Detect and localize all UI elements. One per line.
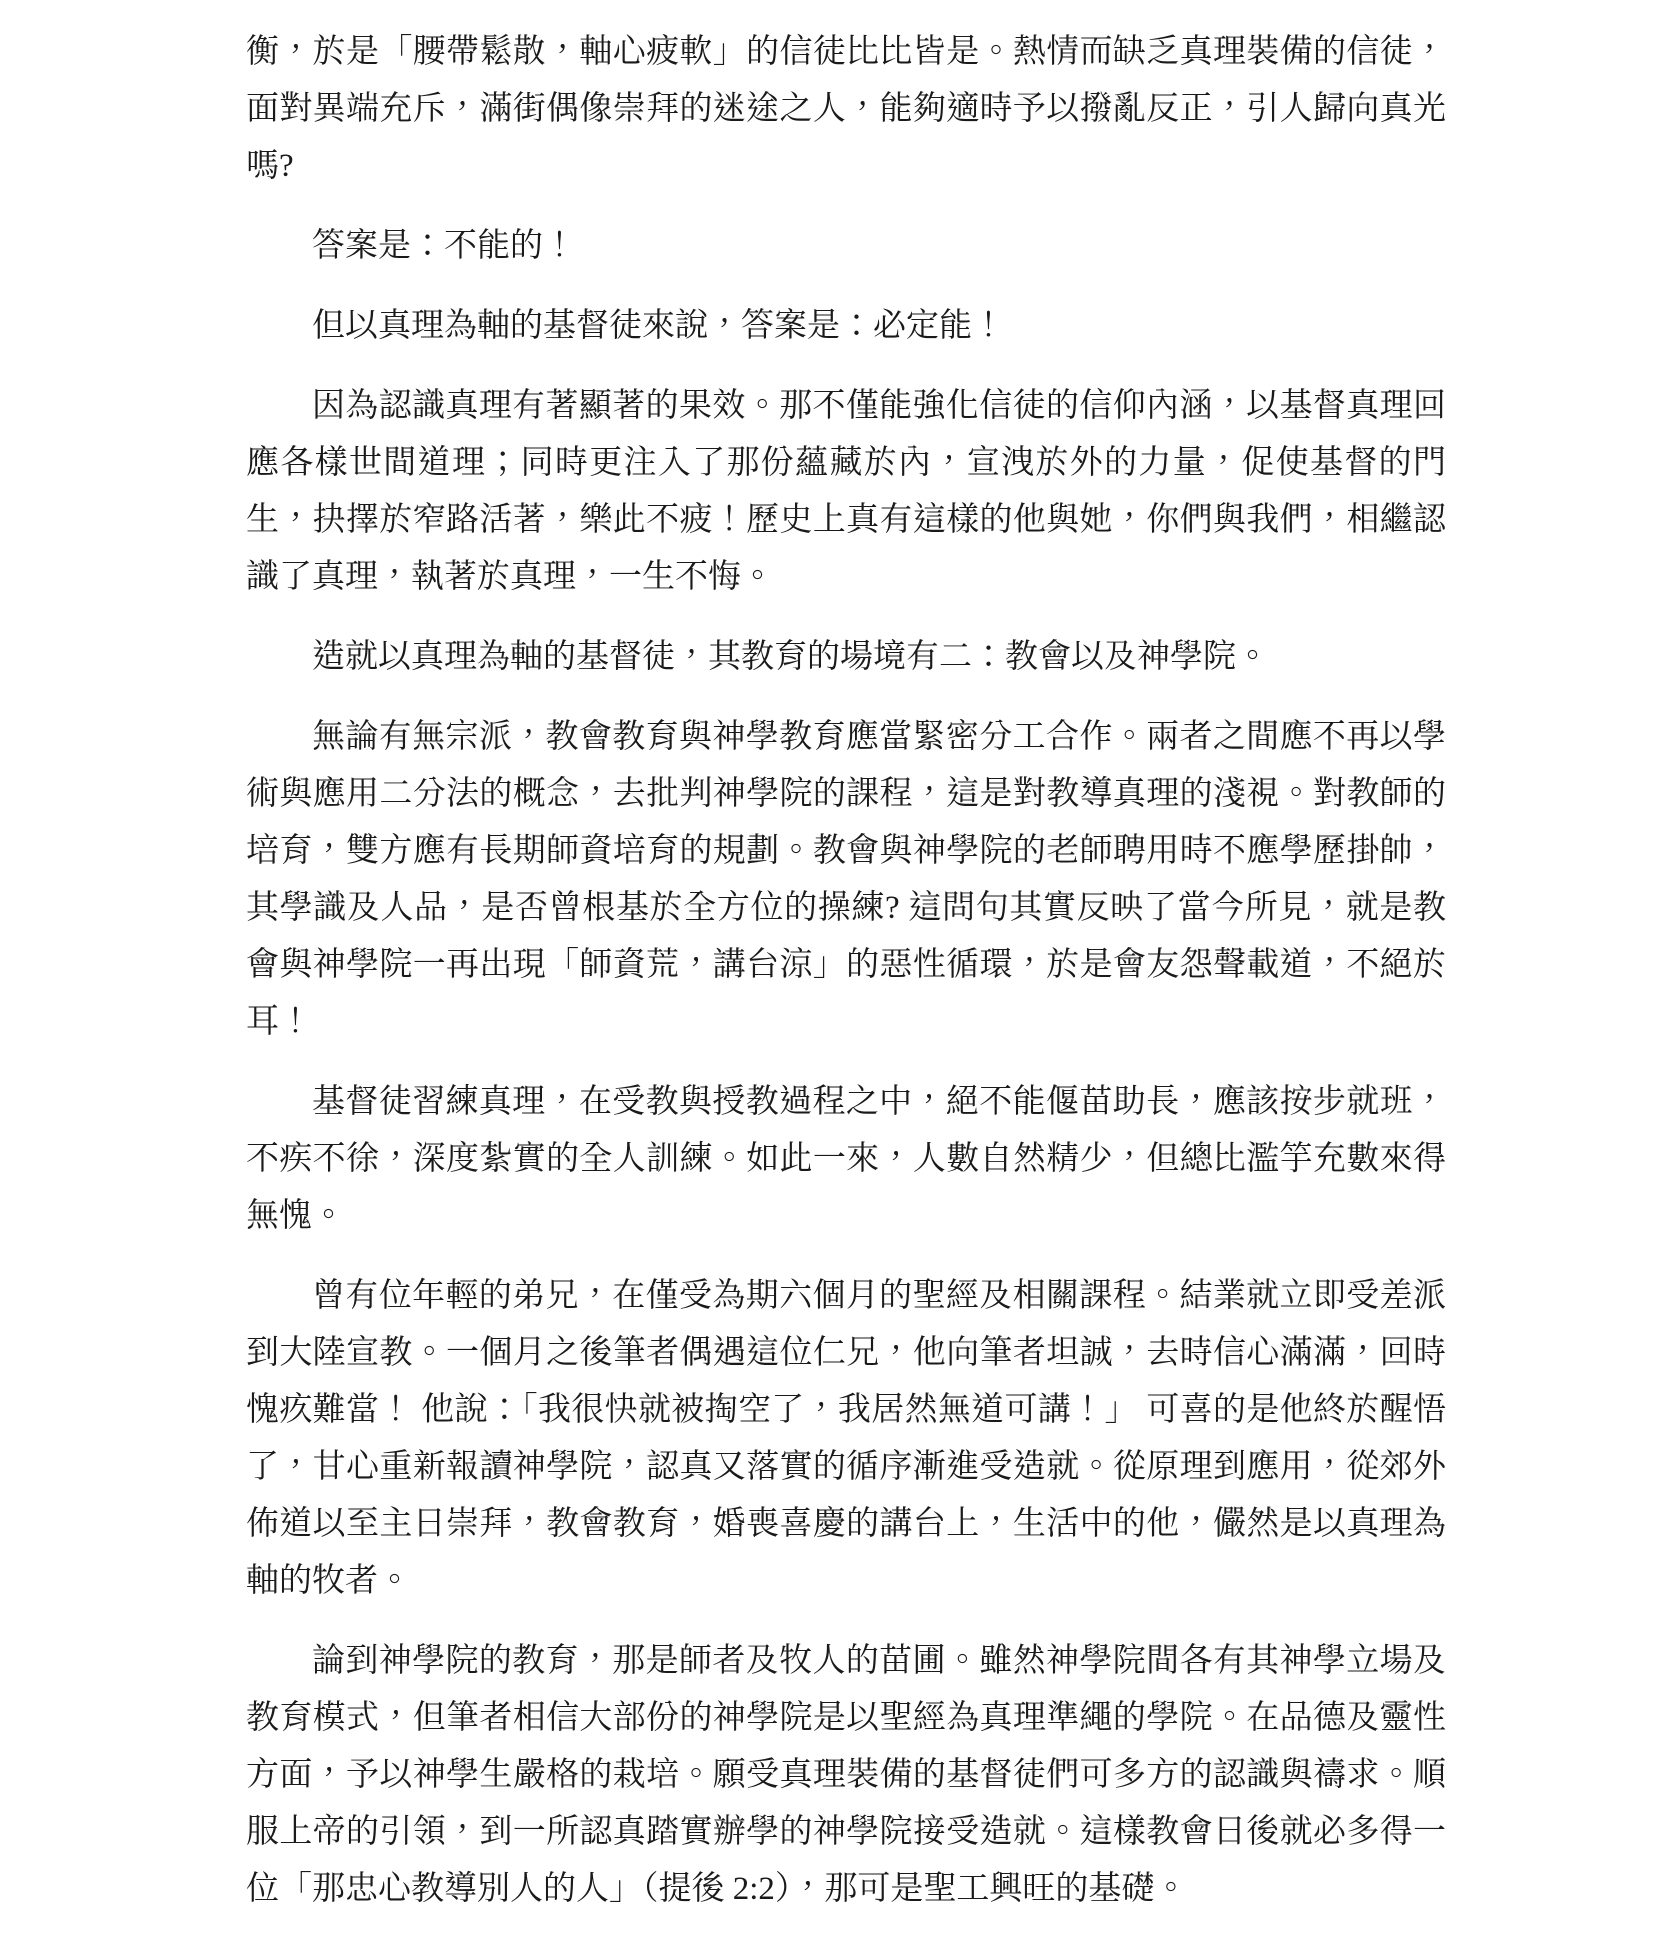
paragraph: 因為認識真理有著顯著的果效。那不僅能強化信徒的信仰內涵，以基督真理回應各樣世間道… <box>246 378 1446 606</box>
paragraph: 無論有無宗派，教會教育與神學教育應當緊密分工合作。兩者之間應不再以學術與應用二分… <box>246 709 1446 1051</box>
paragraph: 造就以真理為軸的基督徒，其教育的場境有二：教會以及神學院。 <box>246 629 1446 686</box>
text-block: 衡，於是「腰帶鬆散，軸心疲軟」的信徒比比皆是。熱情而缺乏真理裝備的信徒，面對異端… <box>246 24 1446 1941</box>
paragraph: 答案是：不能的！ <box>246 218 1446 275</box>
paragraph: 基督徒習練真理，在受教與授教過程之中，絕不能偃苗助長，應該按步就班，不疾不徐，深… <box>246 1074 1446 1245</box>
paragraph: 曾有位年輕的弟兄，在僅受為期六個月的聖經及相關課程。結業就立即受差派到大陸宣教。… <box>246 1268 1446 1610</box>
paragraph: 論到神學院的教育，那是師者及牧人的苗圃。雖然神學院間各有其神學立場及教育模式，但… <box>246 1633 1446 1918</box>
paragraph: 但以真理為軸的基督徒來說，答案是：必定能！ <box>246 298 1446 355</box>
document-page: 衡，於是「腰帶鬆散，軸心疲軟」的信徒比比皆是。熱情而缺乏真理裝備的信徒，面對異端… <box>0 0 1653 1956</box>
paragraph: 衡，於是「腰帶鬆散，軸心疲軟」的信徒比比皆是。熱情而缺乏真理裝備的信徒，面對異端… <box>246 24 1446 195</box>
